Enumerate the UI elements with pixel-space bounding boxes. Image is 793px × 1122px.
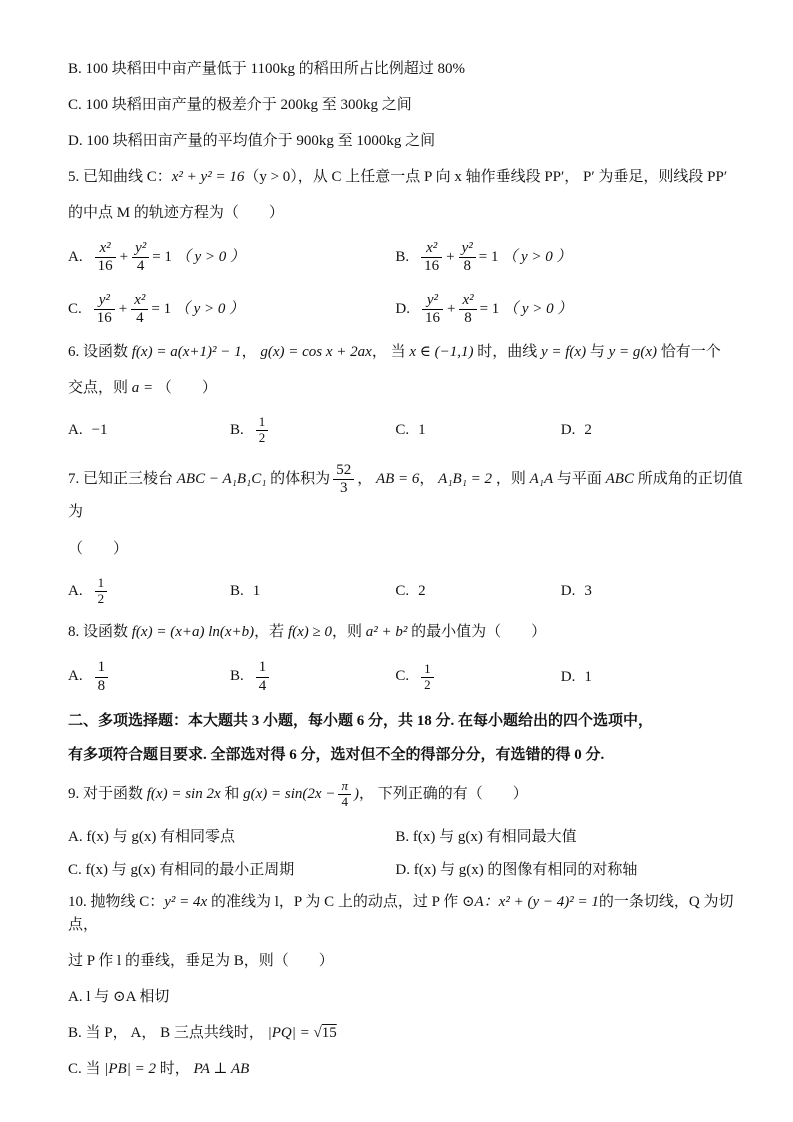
option-label-a: A. xyxy=(68,583,83,599)
fraction: 12 xyxy=(256,415,269,446)
question-6: 6. 设函数 f(x) = a(x+1)² − 1， g(x) = cos x … xyxy=(68,341,743,448)
q7-stem-text-3: ， xyxy=(357,471,376,487)
fraction-denominator: 16 xyxy=(422,310,443,327)
exam-page: B. 100 块稻田中亩产量低于 1100kg 的稻田所占比例超过 80% C.… xyxy=(0,0,793,1122)
q8-stem-text-4: 的最小值为（ ） xyxy=(407,624,546,640)
q7-stem-text-2: 的体积为 xyxy=(266,471,330,487)
fraction-numerator: y² xyxy=(132,240,149,258)
q6-stem-line-2: 交点，则 a = （ ） xyxy=(68,377,743,400)
q6-stem-text-1: 6. 设函数 xyxy=(68,344,132,360)
fraction-denominator: 2 xyxy=(421,678,434,693)
option-label-d: D. xyxy=(395,301,410,317)
option-label-b: B. xyxy=(230,422,244,438)
condition: （ y > 0 ） xyxy=(176,249,245,265)
equation-tail: = 1 xyxy=(152,249,172,265)
q7-options-row: A.12 B.1 C.2 D.3 xyxy=(68,574,743,609)
condition: （ y > 0 ） xyxy=(503,301,572,317)
q6-option-d: D.2 xyxy=(561,422,743,439)
q6-stem-text-6: 恰有一个 xyxy=(657,344,721,360)
option-label-d: D. xyxy=(561,583,576,599)
q7-option-b-value: 1 xyxy=(253,583,261,599)
q4-option-d: D. 100 块稻田亩产量的平均值介于 900kg 至 1000kg 之间 xyxy=(68,130,743,153)
fraction-numerator: x² xyxy=(421,240,442,258)
q7-stem-text-1: 7. 已知正三棱台 xyxy=(68,471,177,487)
q5-stem-line-2: 的中点 M 的轨迹方程为（ ） xyxy=(68,202,743,225)
q10-perpendicular-statement: PA ⊥ AB xyxy=(193,1061,249,1077)
q10-circle-equation: ⊙A：x² + (y − 4)² = 1 xyxy=(462,894,599,910)
q5-option-a: A.x²16+y²4= 1 （ y > 0 ） xyxy=(68,238,395,278)
fraction-denominator: 8 xyxy=(95,678,109,695)
fraction-denominator: 8 xyxy=(459,310,476,327)
q5-options-row-1: A.x²16+y²4= 1 （ y > 0 ） B.x²16+y²8= 1 （ … xyxy=(68,238,743,278)
fraction-numerator: 1 xyxy=(421,662,434,678)
q7-stem-line-1: 7. 已知正三棱台 ABC − A₁B₁C₁ 的体积为523， AB = 6， … xyxy=(68,460,743,526)
q10-option-c-text-1: C. 当 xyxy=(68,1061,104,1077)
q10-stem-line-2: 过 P 作 l 的垂线，垂足为 B，则（ ） xyxy=(68,950,743,973)
fraction-denominator: 2 xyxy=(256,431,269,446)
fraction-denominator: 16 xyxy=(95,258,116,275)
q7-option-c-value: 2 xyxy=(418,583,426,599)
option-label-d: D. xyxy=(561,422,576,438)
q7-option-d: D.3 xyxy=(561,583,743,600)
question-5: 5. 已知曲线 C：x² + y² = 16（y > 0），从 C 上任意一点 … xyxy=(68,166,743,329)
fraction-numerator: 1 xyxy=(95,576,108,592)
q8-option-d-value: 1 xyxy=(584,669,592,685)
q5-stem-line-1: 5. 已知曲线 C：x² + y² = 16（y > 0），从 C 上任意一点 … xyxy=(68,166,743,189)
fraction: x²16 xyxy=(95,240,116,276)
q7-stem-text-5: ，则 xyxy=(492,471,530,487)
q5-option-b: B.x²16+y²8= 1 （ y > 0 ） xyxy=(395,238,743,278)
question-8: 8. 设函数 f(x) = (x+a) ln(x+b)，若 f(x) ≥ 0，则… xyxy=(68,621,743,697)
q6-domain: x ∈ (−1,1) xyxy=(409,344,473,360)
q6-stem-text-2: ， xyxy=(242,344,261,360)
q8-stem-text-3: ，则 xyxy=(332,624,366,640)
fraction-denominator: 4 xyxy=(131,310,148,327)
fraction-denominator: 3 xyxy=(333,480,354,497)
q10-pb-length: |PB| = 2 xyxy=(104,1061,156,1077)
plus-sign: + xyxy=(445,249,455,265)
q9-stem-text-3: ， 下列正确的有（ ） xyxy=(359,786,528,802)
fraction-numerator: 52 xyxy=(333,462,354,480)
fraction: x²8 xyxy=(459,292,476,328)
q7-option-c: C.2 xyxy=(395,583,560,600)
q6-option-d-value: 2 xyxy=(584,422,592,438)
fraction-denominator: 8 xyxy=(459,258,476,275)
fraction-numerator: 1 xyxy=(256,659,270,677)
question-7: 7. 已知正三棱台 ABC − A₁B₁C₁ 的体积为523， AB = 6， … xyxy=(68,460,743,609)
q7-edge: A₁A xyxy=(530,471,554,487)
fraction: x²16 xyxy=(421,240,442,276)
fraction: y²16 xyxy=(422,292,443,328)
q7-plane: ABC xyxy=(606,471,634,487)
q5-curve-equation: x² + y² = 16 xyxy=(172,169,245,185)
option-label-b: B. xyxy=(230,583,244,599)
q8-options-row: A.18 B.14 C.12 D.1 xyxy=(68,657,743,697)
q6-options-row: A.−1 B.12 C.1 D.2 xyxy=(68,413,743,448)
option-label-a: A. xyxy=(68,249,83,265)
radicand: 15 xyxy=(322,1025,337,1041)
fraction: 12 xyxy=(421,662,434,693)
q7-option-d-value: 3 xyxy=(584,583,592,599)
q8-option-b: B.14 xyxy=(230,657,395,697)
fraction-numerator: y² xyxy=(94,292,115,310)
option-label-c: C. xyxy=(395,422,409,438)
q7-a1b1-length: A₁B₁ = 2 xyxy=(438,471,492,487)
q5-stem-text-1: 5. 已知曲线 C： xyxy=(68,169,172,185)
q10-stem-line-1: 10. 抛物线 C：y² = 4x 的准线为 l，P 为 C 上的动点，过 P … xyxy=(68,891,743,937)
q6-option-a-value: −1 xyxy=(92,422,108,438)
q6-option-c: C.1 xyxy=(395,422,560,439)
q6-stem-text-3: ， 当 xyxy=(372,344,410,360)
q10-pq-length: |PQ| = xyxy=(268,1025,310,1041)
q9-option-c: C. f(x) 与 g(x) 有相同的最小正周期 xyxy=(68,858,395,879)
question-9: 9. 对于函数 f(x) = sin 2x 和 g(x) = sin(2x −π… xyxy=(68,777,743,879)
q9-options-row-1: A. f(x) 与 g(x) 有相同零点 B. f(x) 与 g(x) 有相同最… xyxy=(68,825,743,846)
fraction: x²4 xyxy=(131,292,148,328)
option-label-b: B. xyxy=(230,668,244,684)
q10-parabola-equation: y² = 4x xyxy=(164,894,207,910)
q9-stem-text-1: 9. 对于函数 xyxy=(68,786,147,802)
q10-option-a: A. l 与 ⊙A 相切 xyxy=(68,986,743,1009)
q6-option-a: A.−1 xyxy=(68,422,230,439)
q6-blank-parens: （ ） xyxy=(157,380,217,396)
radical-sign: √ xyxy=(313,1025,321,1041)
q5-stem-text-2: （y > 0），从 C 上任意一点 P 向 x 轴作垂线段 PP′， P′ 为垂… xyxy=(244,169,727,185)
q7-frustum-name: ABC − A₁B₁C₁ xyxy=(177,471,267,487)
fraction: y²4 xyxy=(132,240,149,276)
plus-sign: + xyxy=(119,249,129,265)
q6-curve-g: y = g(x) xyxy=(609,344,657,360)
q10-stem-text-1: 10. 抛物线 C： xyxy=(68,894,164,910)
q7-stem-text-6: 与平面 xyxy=(553,471,606,487)
q10-option-b: B. 当 P， A， B 三点共线时， |PQ| = √15 xyxy=(68,1022,743,1045)
q6-f-definition: f(x) = a(x+1)² − 1 xyxy=(132,344,242,360)
q8-stem-line: 8. 设函数 f(x) = (x+a) ln(x+b)，若 f(x) ≥ 0，则… xyxy=(68,621,743,644)
condition: （ y > 0 ） xyxy=(175,301,244,317)
option-label-d: D. xyxy=(561,669,576,685)
fraction-numerator: x² xyxy=(95,240,116,258)
q8-option-c: C.12 xyxy=(395,660,560,695)
q10-option-c: C. 当 |PB| = 2 时， PA ⊥ AB xyxy=(68,1058,743,1081)
fraction: y²8 xyxy=(459,240,476,276)
fraction: π4 xyxy=(338,779,351,810)
q5-option-d: D.y²16+x²8= 1 （ y > 0 ） xyxy=(395,290,743,330)
q9-option-a: A. f(x) 与 g(x) 有相同零点 xyxy=(68,825,395,846)
plus-sign: + xyxy=(446,301,456,317)
fraction: 18 xyxy=(95,659,109,695)
fraction-denominator: 4 xyxy=(338,795,351,810)
q9-stem-text-2: 和 xyxy=(221,786,244,802)
fraction-denominator: 16 xyxy=(94,310,115,327)
question-10: 10. 抛物线 C：y² = 4x 的准线为 l，P 为 C 上的动点，过 P … xyxy=(68,891,743,1081)
equation-tail: = 1 xyxy=(151,301,171,317)
option-label-c: C. xyxy=(395,583,409,599)
fraction-numerator: 1 xyxy=(95,659,109,677)
option-label-b: B. xyxy=(395,249,409,265)
condition: （ y > 0 ） xyxy=(502,249,571,265)
q9-g-definition: g(x) = sin(2x − xyxy=(243,786,335,802)
q8-inequality: f(x) ≥ 0 xyxy=(288,624,332,640)
fraction-numerator: x² xyxy=(459,292,476,310)
q6-stem-text-5: 与 xyxy=(586,344,609,360)
q7-option-b: B.1 xyxy=(230,583,395,600)
q6-stem-line-1: 6. 设函数 f(x) = a(x+1)² − 1， g(x) = cos x … xyxy=(68,341,743,364)
fraction: 12 xyxy=(95,576,108,607)
fraction: 14 xyxy=(256,659,270,695)
option-label-c: C. xyxy=(68,301,82,317)
fraction-numerator: π xyxy=(338,779,351,795)
q6-g-definition: g(x) = cos x + 2ax xyxy=(260,344,371,360)
equation-tail: = 1 xyxy=(479,249,499,265)
q9-stem-line: 9. 对于函数 f(x) = sin 2x 和 g(x) = sin(2x −π… xyxy=(68,777,743,812)
q10-option-b-text: B. 当 P， A， B 三点共线时， xyxy=(68,1025,268,1041)
q4-option-b: B. 100 块稻田中亩产量低于 1100kg 的稻田所占比例超过 80% xyxy=(68,58,743,81)
fraction-numerator: y² xyxy=(459,240,476,258)
q5-options-row-2: C.y²16+x²4= 1 （ y > 0 ） D.y²16+x²8= 1 （ … xyxy=(68,290,743,330)
q6-unknown: a = xyxy=(132,380,153,396)
fraction-numerator: 1 xyxy=(256,415,269,431)
q9-f-definition: f(x) = sin 2x xyxy=(147,786,221,802)
plus-sign: + xyxy=(118,301,128,317)
fraction: 523 xyxy=(333,462,354,498)
fraction-denominator: 4 xyxy=(256,678,270,695)
fraction-numerator: y² xyxy=(422,292,443,310)
q6-option-c-value: 1 xyxy=(418,422,426,438)
q6-stem-text-4: 时，曲线 xyxy=(473,344,541,360)
q6-stem-text-7: 交点，则 xyxy=(68,380,132,396)
fraction-denominator: 4 xyxy=(132,258,149,275)
q8-stem-text-1: 8. 设函数 xyxy=(68,624,132,640)
q6-option-b: B.12 xyxy=(230,413,395,448)
q7-ab-length: AB = 6 xyxy=(376,471,419,487)
q8-expression: a² + b² xyxy=(366,624,408,640)
fraction-numerator: x² xyxy=(131,292,148,310)
q7-stem-text-4: ， xyxy=(419,471,438,487)
q9-option-b: B. f(x) 与 g(x) 有相同最大值 xyxy=(395,825,743,846)
q8-stem-text-2: ，若 xyxy=(254,624,288,640)
q10-option-c-text-2: 时， xyxy=(156,1061,194,1077)
option-label-c: C. xyxy=(395,668,409,684)
fraction-denominator: 2 xyxy=(95,592,108,607)
q9-option-d: D. f(x) 与 g(x) 的图像有相同的对称轴 xyxy=(395,858,743,879)
fraction: y²16 xyxy=(94,292,115,328)
q7-option-a: A.12 xyxy=(68,574,230,609)
section-2-header-line-2: 有多项符合题目要求. 全部选对得 6 分，选对但不全的得部分分，有选错的得 0 … xyxy=(68,743,743,767)
q7-stem-line-2: （ ） xyxy=(68,538,743,561)
q4-option-c: C. 100 块稻田亩产量的极差介于 200kg 至 300kg 之间 xyxy=(68,94,743,117)
q10-stem-text-2: 的准线为 l，P 为 C 上的动点，过 P 作 xyxy=(207,894,462,910)
section-2-header-line-1: 二、多项选择题：本大题共 3 小题，每小题 6 分，共 18 分. 在每小题给出… xyxy=(68,709,743,733)
q8-option-a: A.18 xyxy=(68,657,230,697)
q8-f-definition: f(x) = (x+a) ln(x+b) xyxy=(132,624,254,640)
equation-tail: = 1 xyxy=(480,301,500,317)
q5-option-c: C.y²16+x²4= 1 （ y > 0 ） xyxy=(68,290,395,330)
fraction-denominator: 16 xyxy=(421,258,442,275)
q9-options-row-2: C. f(x) 与 g(x) 有相同的最小正周期 D. f(x) 与 g(x) … xyxy=(68,858,743,879)
q6-curve-f: y = f(x) xyxy=(541,344,586,360)
question-4-tail-options: B. 100 块稻田中亩产量低于 1100kg 的稻田所占比例超过 80% C.… xyxy=(68,58,743,153)
option-label-a: A. xyxy=(68,422,83,438)
option-label-a: A. xyxy=(68,668,83,684)
section-2-header: 二、多项选择题：本大题共 3 小题，每小题 6 分，共 18 分. 在每小题给出… xyxy=(68,709,743,767)
q8-option-d: D.1 xyxy=(561,669,743,686)
